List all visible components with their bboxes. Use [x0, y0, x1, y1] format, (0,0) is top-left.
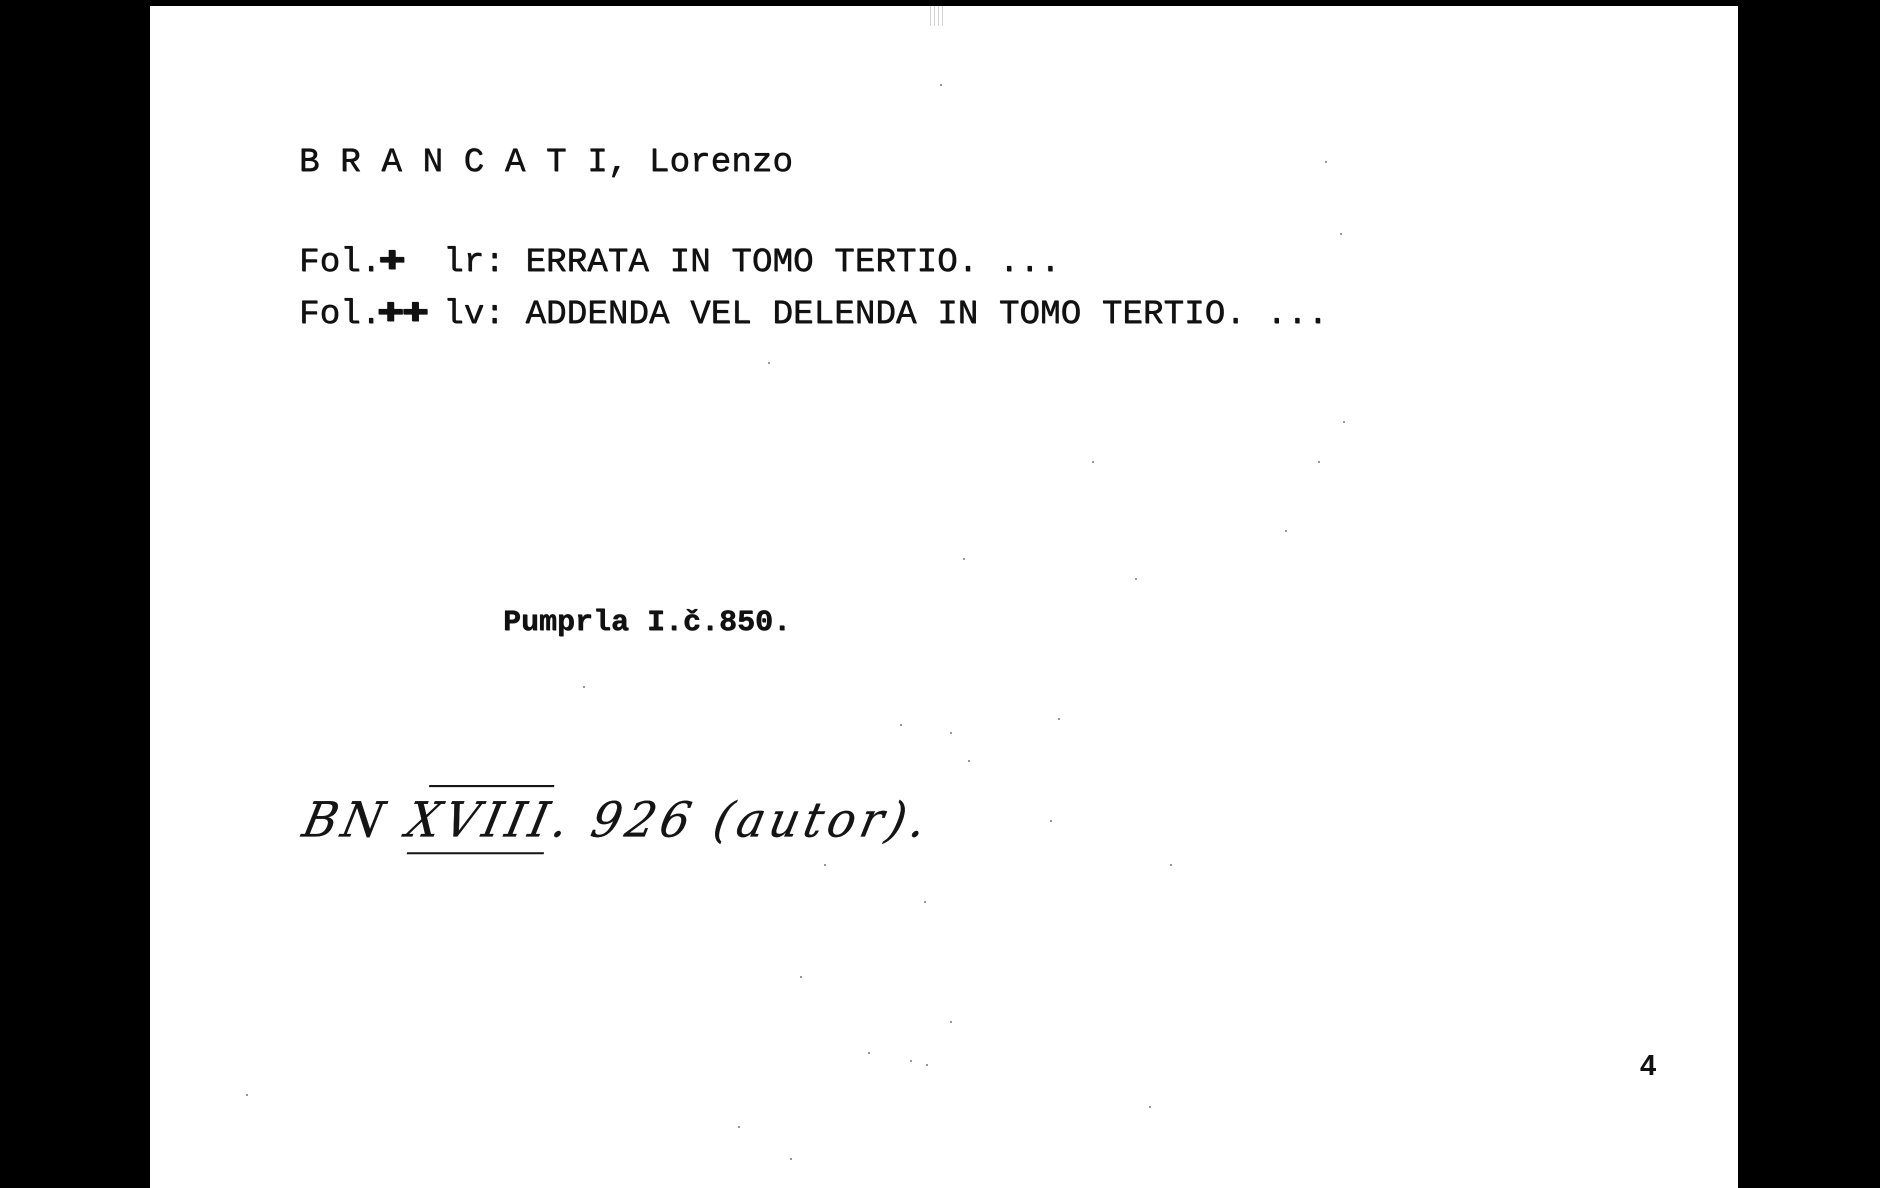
scan-speck: [1050, 820, 1052, 822]
scan-speck: [1340, 233, 1342, 235]
scan-speck: [963, 558, 965, 560]
scan-smudge: [930, 6, 946, 26]
scan-speck: [583, 686, 585, 688]
entry-prefix: Fol.: [299, 243, 381, 282]
scan-speck: [1135, 578, 1137, 580]
scan-speck: [1058, 718, 1060, 720]
scan-speck: [1092, 461, 1094, 463]
scan-speck: [246, 1094, 248, 1096]
scan-speck: [824, 864, 826, 866]
double-cross-signature-icon: ✚✚: [376, 300, 427, 326]
scan-speck: [738, 1126, 740, 1128]
scan-speck: [900, 724, 902, 726]
shelfmark: Pumprla I.č.850.: [503, 608, 791, 638]
handwritten-number: . 926: [547, 791, 701, 848]
scan-speck: [968, 760, 970, 762]
entry-leaf: lv:: [443, 295, 505, 334]
scan-speck: [868, 1052, 870, 1054]
scan-speck: [1149, 1106, 1151, 1108]
entry-text: ADDENDA VEL DELENDA IN TOMO TERTIO. ...: [525, 295, 1328, 334]
entry-text: ERRATA IN TOMO TERTIO. ...: [525, 243, 1060, 282]
scan-speck: [1343, 421, 1345, 423]
entry-line-2: Fol.✚✚ lv: ADDENDA VEL DELENDA IN TOMO T…: [299, 298, 1328, 332]
catalog-card: B R A N C A T I, Lorenzo Fol.✚ lr: ERRAT…: [150, 6, 1738, 1188]
scan-speck: [924, 901, 926, 903]
handwritten-roman-numeral: XVIII: [402, 791, 560, 848]
handwritten-note: BN XVIII. 926 (autor).: [298, 791, 937, 848]
scan-speck: [1285, 530, 1287, 532]
card-heading: B R A N C A T I, Lorenzo: [299, 146, 793, 180]
scan-speck: [950, 1021, 952, 1023]
cross-signature-icon: ✚: [379, 248, 405, 274]
page-number: 4: [1640, 1050, 1656, 1083]
entry-leaf: lr:: [443, 243, 505, 282]
scan-speck: [1325, 161, 1327, 163]
scan-speck: [950, 732, 952, 734]
scan-speck: [910, 1060, 912, 1062]
scan-speck: [940, 84, 942, 86]
scan-speck: [1318, 461, 1320, 463]
scan-speck: [926, 1064, 928, 1066]
scan-speck: [1170, 864, 1172, 866]
entry-prefix: Fol.: [299, 295, 381, 334]
scan-speck: [800, 976, 802, 978]
handwritten-remark: (autor).: [709, 791, 937, 848]
handwritten-library: BN: [298, 791, 394, 848]
scan-speck: [768, 362, 770, 364]
entry-line-1: Fol.✚ lr: ERRATA IN TOMO TERTIO. ...: [299, 246, 1061, 280]
scan-speck: [790, 1158, 792, 1160]
